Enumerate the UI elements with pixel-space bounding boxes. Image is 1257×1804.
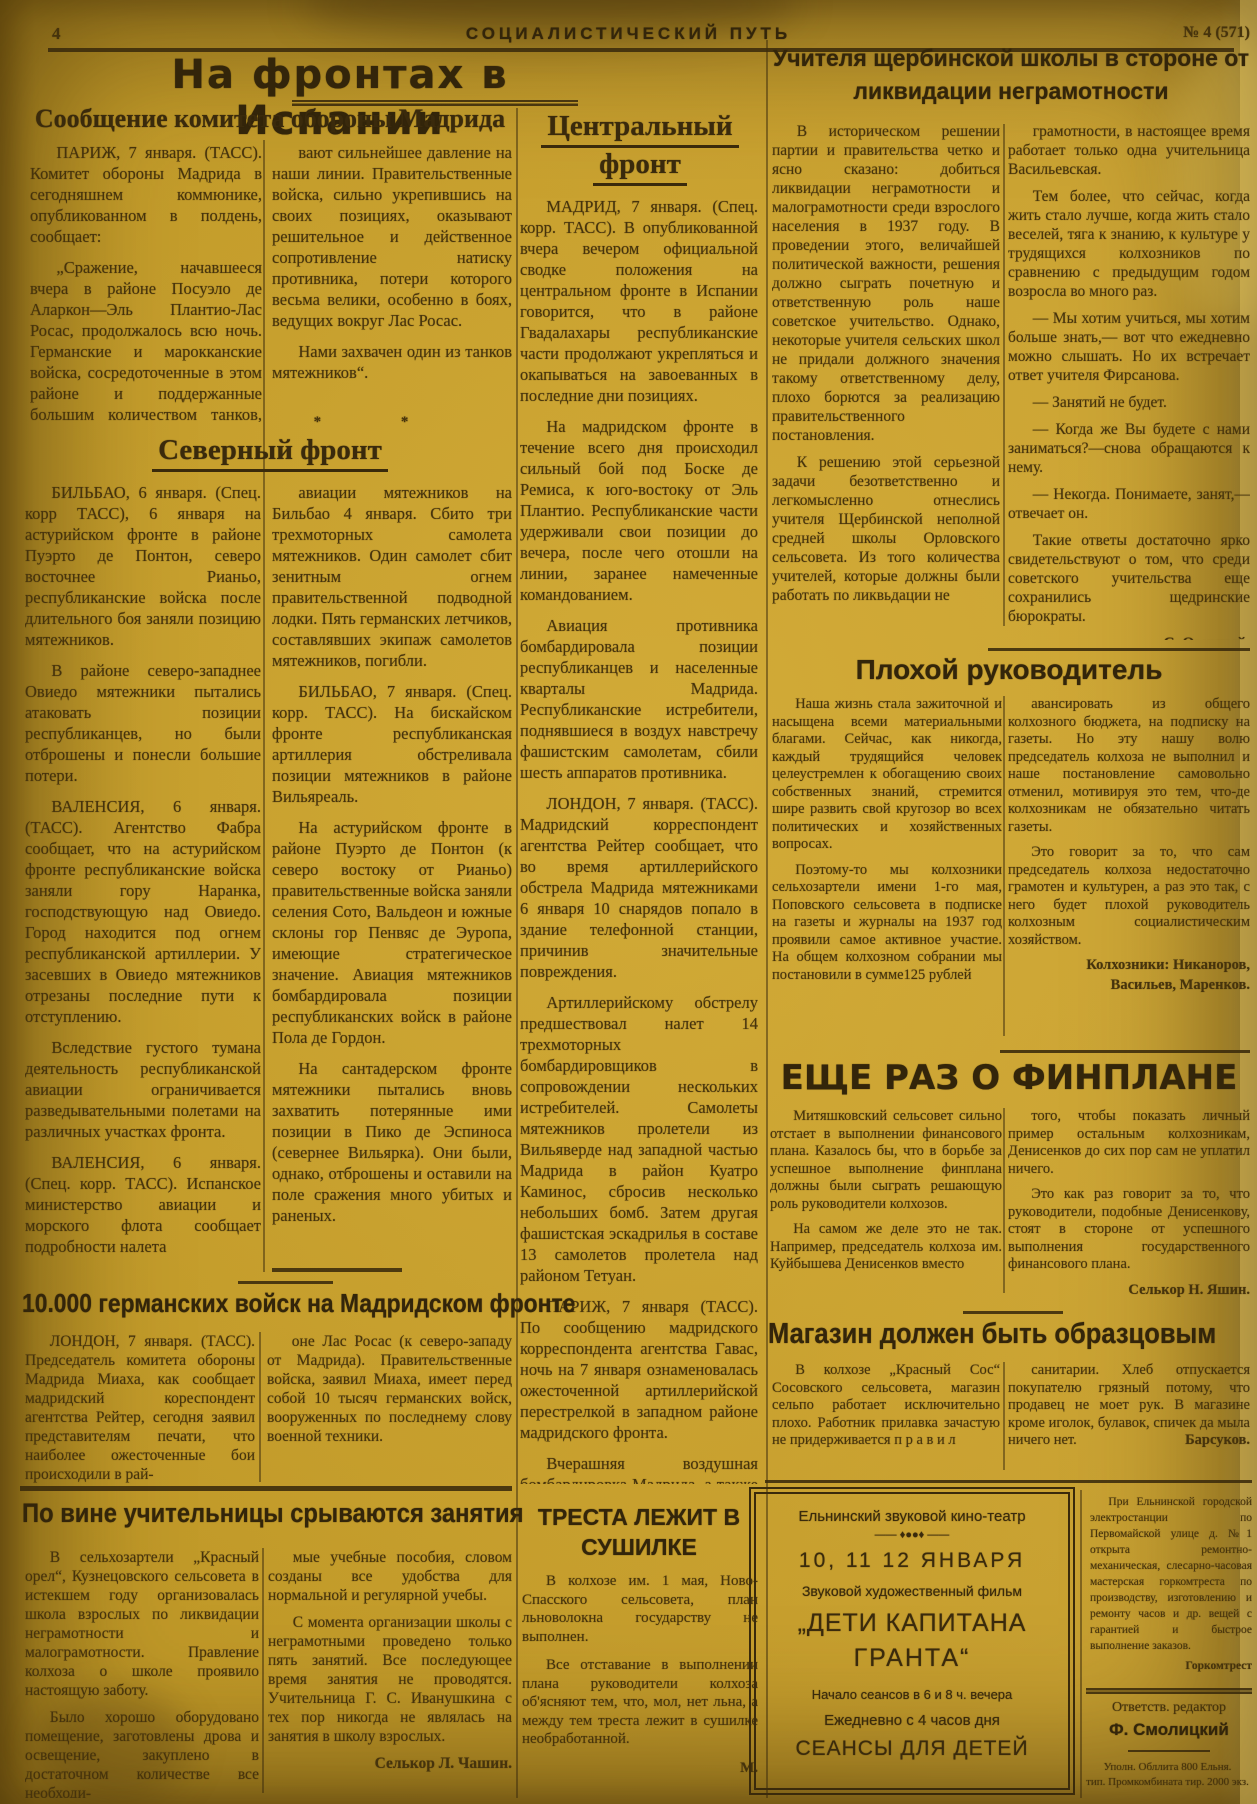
column-divider [766,40,768,1798]
northern-front-title: Северный фронт [30,434,510,472]
central-front-title: Центральный фронт [520,110,760,186]
paragraph: — Занятий не будет. [1008,393,1250,412]
article-signature-line1: Колхозники: Никаноров, [1008,957,1250,975]
flax-title-line2: СУШИЛКЕ [581,1534,697,1560]
paragraph: того, чтобы показать личный пример остал… [1008,1108,1250,1178]
paragraph: Такие ответы достаточно ярко свидетельст… [1008,531,1250,626]
flax-title-line1: ТРЕСТА ЛЕЖИТ В [538,1504,740,1530]
paragraph: С момента организации школы с неграмотны… [268,1613,512,1746]
lessons-title: По вине учительницы срываются занятия [22,1498,523,1529]
paragraph: мые учебные пособия, словом созданы все … [268,1548,512,1605]
paragraph: На астурийском фронте в районе Пуэрто де… [272,817,512,1048]
store-title: Магазин должен быть образцовым [768,1318,1216,1351]
german-troops-col2: оне Лас Росас (к северо-западу от Мадрид… [267,1332,512,1484]
issue-number: № 4 (571) [1120,24,1250,42]
paragraph: В историческом решении партии и правител… [772,122,1000,445]
imprint-line1: Уполн. Обллита 800 Ельня. [1104,1761,1232,1773]
paragraph: На сантадерском фронте мятежники пыталис… [272,1058,512,1226]
paragraph: БИЛЬБАО, 6 января. (Спец. корр ТАСС), 6 … [25,482,261,650]
cinema-ad: Ельнинский звуковой кино-театр —— ♦●●♦ —… [754,1492,1070,1790]
paragraph: грамотности, в настоящее время работает … [1008,122,1250,179]
cinema-ornament: —— ♦●●♦ —— [766,1529,1058,1541]
editor-rule [1086,1688,1252,1694]
finplan-title: ЕЩЕ РАЗ О ФИНПЛАНЕ [768,1058,1250,1098]
bad-leader-col2: авансировать из общего колхозного бюджет… [1008,696,1250,1048]
flax-title: ТРЕСТА ЛЕЖИТ В СУШИЛКЕ [520,1502,758,1562]
paragraph: Авиация противника бомбардировала позици… [520,615,758,783]
paragraph: ВАЛЕНСИЯ, 6 января. (ТАСС). Агентство Фа… [25,796,261,1027]
article-top-rule [963,1311,1063,1314]
paragraph: БИЛЬБАО, 7 января. (Спец. корр. ТАСС). Н… [272,681,512,807]
cinema-venue: Ельнинский звуковой кино-театр [766,1508,1058,1525]
paragraph: В колхозе им. 1 мая, Ново-Спасского сель… [522,1572,758,1646]
workshop-signature: Горкомтрест [1090,1658,1252,1672]
paragraph: Митяшковский сельсовет сильно отстает в … [770,1108,1002,1213]
paragraph: На самом же деле это не так. Например, п… [770,1221,1002,1274]
cinema-daily: Ежедневно с 4 часов дня [766,1712,1058,1729]
german-troops-col1: ЛОНДОН, 7 января. (ТАСС). Председатель к… [25,1332,255,1484]
finplan-col2: того, чтобы показать личный пример остал… [1008,1108,1250,1306]
column-divider [1003,124,1005,626]
madrid-report-col1: ПАРИЖ, 7 января. (ТАСС). Комитет обороны… [30,142,262,422]
paragraph: В сельхозартели „Красный орел“, Кузнецов… [25,1548,259,1700]
paragraph: — Некогда. Понимаете, занят,—отвечает он… [1008,485,1250,523]
imprint-rule [1128,1750,1210,1752]
imprint: Уполн. Обллита 800 Ельня. тип. Промкомби… [1080,1760,1255,1790]
article-signature-line2: Васильев, Маренков. [1008,977,1250,995]
lessons-col1: В сельхозартели „Красный орел“, Кузнецов… [25,1548,259,1798]
paragraph: В колхозе „Красный Сос“ Сосовского сельс… [772,1362,1000,1450]
northern-front-title-text: Северный фронт [152,434,388,472]
column-divider [263,140,265,1272]
article-top-rule [238,1281,333,1284]
madrid-report-title: Сообщение комитета обороны Мадрида [28,104,512,134]
newspaper-page: 4 СОЦИАЛИСТИЧЕСКИЙ ПУТЬ № 4 (571) На фро… [0,0,1257,1804]
column-divider [259,1332,261,1482]
teachers-col2: грамотности, в настоящее время работает … [1008,122,1250,640]
lessons-col2: мые учебные пособия, словом созданы все … [268,1548,512,1798]
paragraph: Нами захвачен один из танков мятежников“… [272,341,512,383]
german-troops-title: 10.000 германских войск на Мадридском фр… [22,1288,575,1319]
paragraph: К решению этой серьезной задачи безответ… [772,453,1000,605]
paragraph: ПАРИЖ, 7 января. (ТАСС). Комитет обороны… [30,142,262,247]
paragraph: — Мы хотим учиться, мы хотим больше знат… [1008,309,1250,385]
paragraph: авансировать из общего колхозного бюджет… [1008,696,1250,836]
cinema-times: Начало сеансов в 6 и 8 ч. вечера [766,1687,1058,1702]
workshop-ad: При Ельнинской городской электростанции … [1090,1494,1252,1672]
signature-rule [1000,1050,1250,1053]
column-divider [1003,696,1005,1036]
store-col1: В колхозе „Красный Сос“ Сосовского сельс… [772,1362,1000,1474]
paragraph: ЛОНДОН, 7 января. (ТАСС). Председатель к… [25,1332,255,1484]
central-front-title-line1: Центральный [541,110,738,148]
column-divider [516,108,518,1798]
northern-front-col2: авиации мятежников на Бильбао 4 января. … [272,482,512,1262]
paragraph: Наша жизнь стала зажиточной и насыщена в… [772,696,1002,854]
paragraph: Это как раз говорит за то, что руководит… [1008,1186,1250,1274]
paragraph: ВАЛЕНСИЯ, 6 января. (Спец. корр. ТАСС). … [25,1152,261,1257]
paragraph: При Ельнинской городской электростанции … [1090,1494,1252,1654]
column-divider [262,1548,264,1793]
editor-name: Ф. Смолицкий [1086,1720,1252,1740]
cinema-film-kind: Звуковой художественный фильм [766,1583,1058,1599]
paragraph: Вчерашняя воздушная бомбардировка Мадрид… [520,1453,758,1484]
paragraph: Вследствие густого тумана деятельность р… [25,1037,261,1142]
paragraph: В районе северо-западнее Овиедо мятежник… [25,660,261,786]
teachers-title: Учителя щербинской школы в стороне от ли… [770,42,1252,108]
central-front-title-line2: фронт [593,148,687,186]
section-divider-rule [765,1480,1252,1483]
teachers-title-line1: Учителя щербинской школы в стороне от [773,45,1249,71]
paragraph: МАДРИД, 7 января. (Спец. корр. ТАСС). В … [520,196,758,406]
bad-leader-col1: Наша жизнь стала зажиточной и насыщена в… [772,696,1002,1048]
article-signature: Селькор Н. Яшин. [1008,1282,1250,1300]
flax-col: В колхозе им. 1 мая, Ново-Спасского сель… [522,1572,758,1802]
paragraph: Это говорит за то, что сам председатель … [1008,844,1250,949]
teachers-title-line2: ликвидации неграмотности [853,78,1168,104]
masthead: СОЦИАЛИСТИЧЕСКИЙ ПУТЬ [0,24,1257,44]
section-ornament: * * [280,414,480,431]
cinema-kids-sessions: СЕАНСЫ ДЛЯ ДЕТЕЙ [766,1737,1058,1761]
paragraph: Артиллерийскому обстрелу предшествовал н… [520,992,758,1286]
column-divider [1003,1108,1005,1293]
column-divider [1080,1490,1082,1798]
paragraph: Все отставание в выполнении плана руково… [522,1656,758,1749]
paragraph: авиации мятежников на Бильбао 4 января. … [272,482,512,671]
paragraph: ЛОНДОН, 7 января. (ТАСС). Мадридский кор… [520,793,758,982]
cinema-dates: 10, 11 12 ЯНВАРЯ [766,1549,1058,1573]
paragraph: вают сильнейшее давление на наши линии. … [272,142,512,331]
finplan-col1: Митяшковский сельсовет сильно отстает в … [770,1108,1002,1298]
article-signature: Селькор Л. Чашин. [268,1754,512,1773]
cinema-film-title-line1: „ДЕТИ КАПИТАНА [766,1609,1058,1638]
teachers-col1: В историческом решении партии и правител… [772,122,1000,640]
article-signature: С. Озерный. [1008,634,1250,640]
madrid-report-col2: вают сильнейшее давление на наши линии. … [272,142,512,422]
thick-divider-bar [20,1486,512,1491]
paragraph: оне Лас Росас (к северо-западу от Мадрид… [267,1332,512,1446]
store-col2: санитарии. Хлеб отпускается покупателю г… [1008,1362,1250,1478]
article-signature: М. [522,1759,758,1778]
paragraph: Было хорошо оборудовано помещение, загот… [25,1708,259,1798]
paragraph: Поэтому-то мы колхозники сельхозартели и… [772,862,1002,985]
bad-leader-title: Плохой руководитель [768,654,1250,686]
section-end-rule [272,1268,402,1272]
paragraph: — Когда же Вы будете с нами заниматься?—… [1008,420,1250,477]
cinema-film-title-line2: ГРАНТА“ [766,1644,1058,1673]
paragraph: Тем более, что сейчас, когда жить стало … [1008,187,1250,301]
northern-front-col1: БИЛЬБАО, 6 января. (Спец. корр ТАСС), 6 … [25,482,261,1275]
article-top-rule [988,648,1250,651]
paragraph: „Сражение, начавшееся вчера в районе Пос… [30,257,262,422]
imprint-line2: тип. Промкомбината тир. 2000 экз. [1086,1776,1249,1788]
column-divider [1003,1362,1005,1470]
editor-label: Ответств. редактор [1086,1700,1252,1716]
paragraph: На мадридском фронте в течение всего дня… [520,416,758,605]
